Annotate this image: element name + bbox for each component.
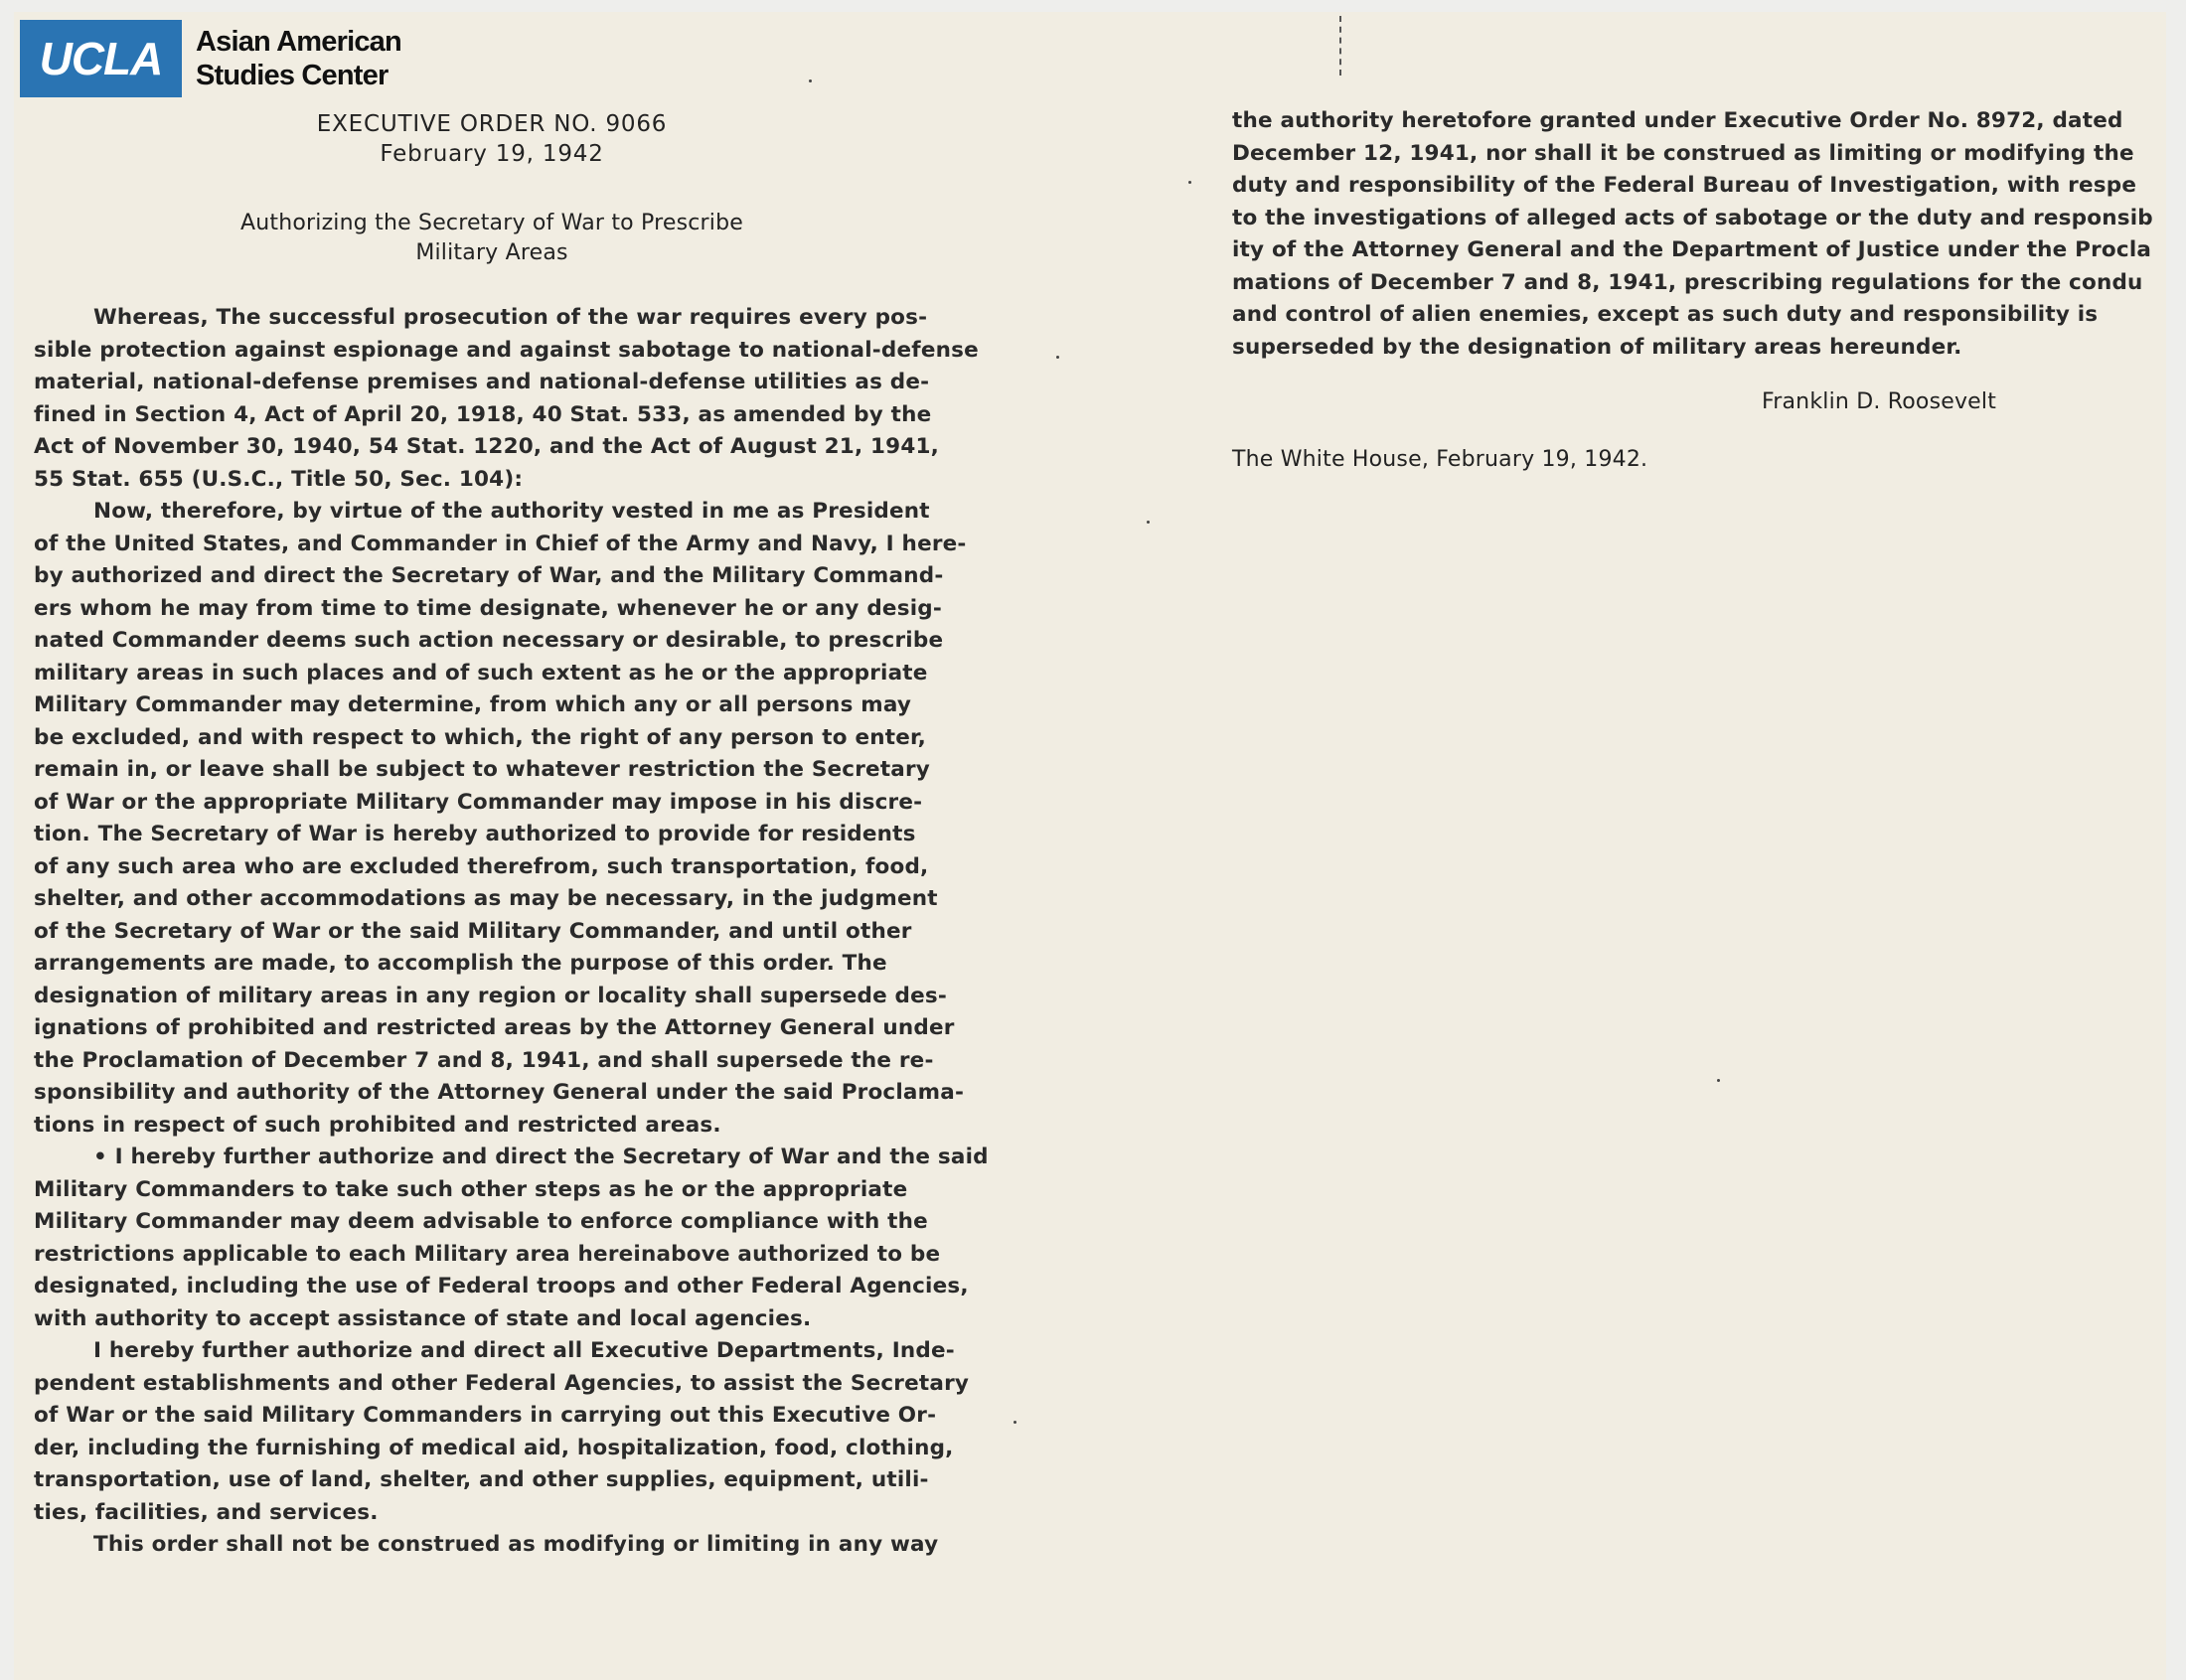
body-text-line: material, national-defense premises and … xyxy=(34,367,998,399)
document-subtitle-line-2: Military Areas xyxy=(0,240,984,265)
body-text-line: fined in Section 4, Act of April 20, 191… xyxy=(34,399,998,432)
body-text-line: the Proclamation of December 7 and 8, 19… xyxy=(34,1045,998,1078)
body-text-line: be excluded, and with respect to which, … xyxy=(34,722,998,755)
paper-speck xyxy=(1014,1421,1016,1424)
body-text-line: tion. The Secretary of War is hereby aut… xyxy=(34,819,998,851)
body-text-line: designation of military areas in any reg… xyxy=(34,981,998,1013)
body-text-line: Military Commander may determine, from w… xyxy=(34,689,998,722)
body-text-line: shelter, and other accommodations as may… xyxy=(34,883,998,916)
body-text-line: superseded by the designation of militar… xyxy=(1232,332,2146,365)
body-text-line: tions in respect of such prohibited and … xyxy=(34,1110,998,1143)
center-fold-mark xyxy=(1339,16,1343,76)
body-text-line: with authority to accept assistance of s… xyxy=(34,1303,998,1336)
body-text-line: remain in, or leave shall be subject to … xyxy=(34,754,998,787)
body-text-line: sponsibility and authority of the Attorn… xyxy=(34,1077,998,1110)
body-text-line: transportation, use of land, shelter, an… xyxy=(34,1464,998,1497)
body-text-line: nated Commander deems such action necess… xyxy=(34,625,998,658)
dateline: The White House, February 19, 1942. xyxy=(1232,447,1647,472)
left-column-body: Whereas, The successful prosecution of t… xyxy=(34,302,998,1562)
body-text-line: military areas in such places and of suc… xyxy=(34,658,998,690)
body-text-line: Military Commander may deem advisable to… xyxy=(34,1206,998,1239)
signature: Franklin D. Roosevelt xyxy=(1762,389,1996,414)
paper-speck xyxy=(809,79,812,82)
body-text-line: Act of November 30, 1940, 54 Stat. 1220,… xyxy=(34,431,998,464)
document-title: EXECUTIVE ORDER NO. 9066 xyxy=(0,111,984,137)
body-text-line: I hereby further authorize and direct al… xyxy=(34,1335,998,1368)
document-subtitle-line-1: Authorizing the Secretary of War to Pres… xyxy=(0,211,984,235)
body-text-line: mations of December 7 and 8, 1941, presc… xyxy=(1232,267,2146,300)
body-text-line: of any such area who are excluded theref… xyxy=(34,851,998,884)
body-text-line: restrictions applicable to each Military… xyxy=(34,1239,998,1272)
body-text-line: of War or the appropriate Military Comma… xyxy=(34,787,998,820)
logo-line-2: Studies Center xyxy=(196,59,401,92)
body-text-line: of the United States, and Commander in C… xyxy=(34,529,998,561)
body-text-line: This order shall not be construed as mod… xyxy=(34,1529,998,1562)
body-text-line: pendent establishments and other Federal… xyxy=(34,1368,998,1401)
paper-speck xyxy=(1056,356,1059,359)
logo-line-1: Asian American xyxy=(196,25,401,59)
body-text-line: sible protection against espionage and a… xyxy=(34,335,998,368)
right-column-body: the authority heretofore granted under E… xyxy=(1232,105,2146,364)
body-text-line: Military Commanders to take such other s… xyxy=(34,1174,998,1207)
document-date: February 19, 1942 xyxy=(0,141,984,167)
paper-speck xyxy=(1188,181,1191,184)
paper-speck xyxy=(1717,1079,1720,1082)
body-text-line: duty and responsibility of the Federal B… xyxy=(1232,170,2146,203)
body-text-line: designated, including the use of Federal… xyxy=(34,1271,998,1303)
body-text-line: ity of the Attorney General and the Depa… xyxy=(1232,234,2146,267)
body-text-line: ties, facilities, and services. xyxy=(34,1497,998,1530)
body-text-line: to the investigations of alleged acts of… xyxy=(1232,203,2146,235)
logo-wordmark: Asian American Studies Center xyxy=(196,25,401,92)
body-text-line: of War or the said Military Commanders i… xyxy=(34,1400,998,1433)
body-text-line: ers whom he may from time to time design… xyxy=(34,593,998,626)
body-text-line: der, including the furnishing of medical… xyxy=(34,1433,998,1465)
paper-speck xyxy=(1147,521,1150,524)
ucla-logo-mark: UCLA xyxy=(20,20,182,97)
body-text-line: Now, therefore, by virtue of the authori… xyxy=(34,496,998,529)
body-text-line: by authorized and direct the Secretary o… xyxy=(34,560,998,593)
ucla-aasc-logo: UCLA Asian American Studies Center xyxy=(20,20,401,97)
body-text-line: the authority heretofore granted under E… xyxy=(1232,105,2146,138)
body-text-line: 55 Stat. 655 (U.S.C., Title 50, Sec. 104… xyxy=(34,464,998,497)
body-text-line: of the Secretary of War or the said Mili… xyxy=(34,916,998,949)
body-text-line: Whereas, The successful prosecution of t… xyxy=(34,302,998,335)
body-text-line: arrangements are made, to accomplish the… xyxy=(34,948,998,981)
body-text-line: December 12, 1941, nor shall it be const… xyxy=(1232,138,2146,171)
body-text-line: ignations of prohibited and restricted a… xyxy=(34,1012,998,1045)
body-text-line: • I hereby further authorize and direct … xyxy=(34,1142,998,1174)
body-text-line: and control of alien enemies, except as … xyxy=(1232,299,2146,332)
